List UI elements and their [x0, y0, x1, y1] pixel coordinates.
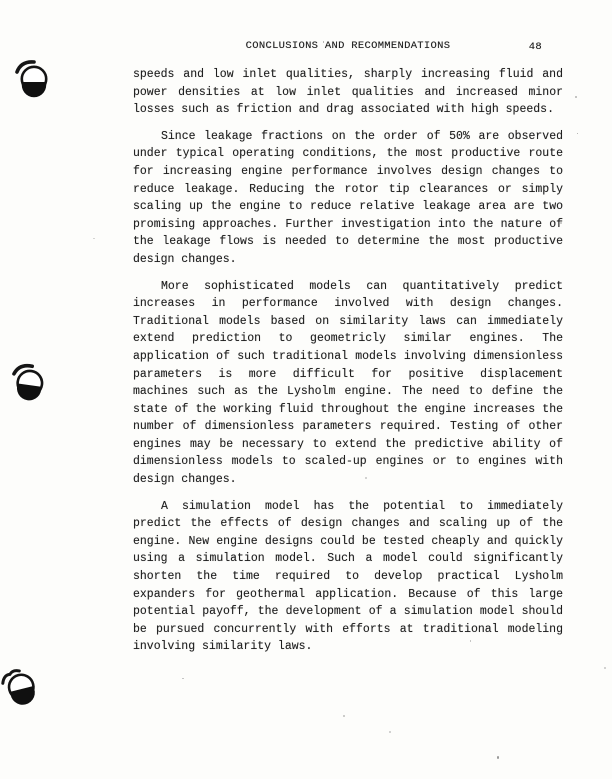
scan-speck — [343, 715, 345, 717]
scan-speck — [365, 477, 367, 479]
scan-speck — [323, 41, 324, 43]
document-page: CONCLUSIONS AND RECOMMENDATIONS 48 speed… — [0, 0, 612, 779]
page-number: 48 — [529, 41, 542, 53]
scan-speck — [470, 640, 471, 642]
scan-speck — [604, 667, 606, 669]
body-text: speeds and low inlet qualities, sharply … — [133, 66, 563, 665]
scan-speck — [575, 96, 577, 98]
paragraph: More sophisticated models can quantitati… — [133, 278, 563, 489]
page-title: CONCLUSIONS AND RECOMMENDATIONS — [133, 40, 563, 52]
scan-speck — [389, 731, 391, 733]
binder-hole-mark — [13, 58, 53, 98]
page-header: CONCLUSIONS AND RECOMMENDATIONS 48 — [133, 40, 563, 54]
scan-speck — [560, 222, 562, 224]
scan-speck — [497, 756, 499, 759]
scan-speck — [182, 678, 184, 679]
scan-speck — [233, 556, 235, 558]
scan-speck — [93, 238, 95, 239]
scan-speck — [577, 133, 578, 134]
binder-hole-mark — [6, 359, 51, 404]
paragraph: speeds and low inlet qualities, sharply … — [133, 66, 563, 119]
scan-speck — [268, 46, 270, 48]
paragraph: A simulation model has the potential to … — [133, 498, 563, 656]
binder-hole-mark — [0, 662, 45, 710]
paragraph: Since leakage fractions on the order of … — [133, 128, 563, 269]
